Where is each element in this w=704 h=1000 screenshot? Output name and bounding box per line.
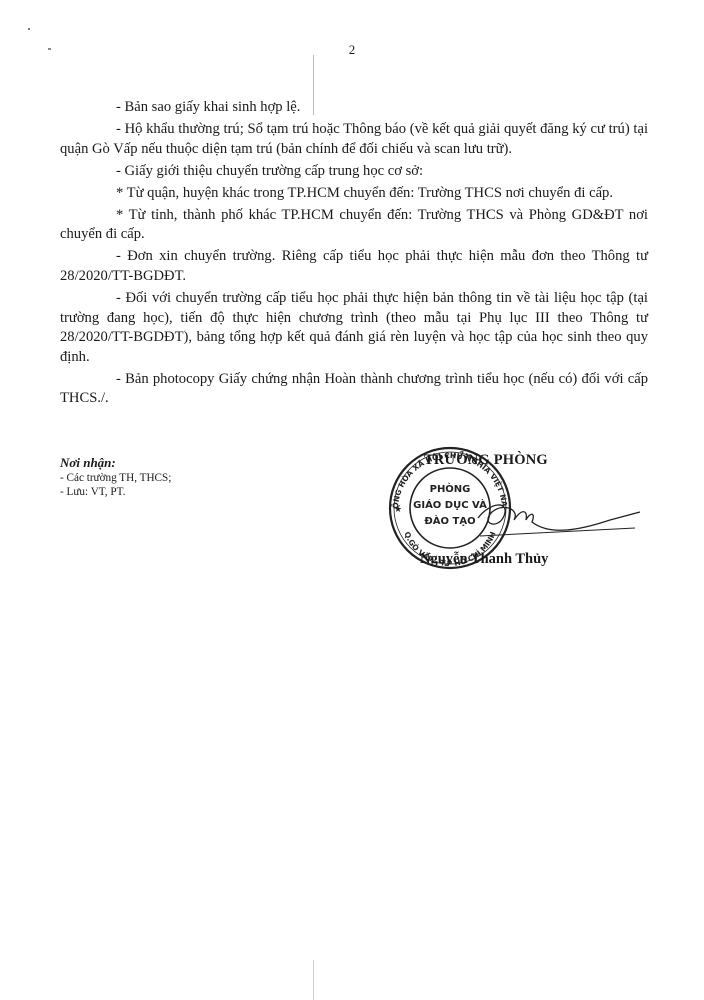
recipients-title: Nơi nhận:: [60, 455, 171, 471]
signatory-title: TRƯỞNG PHÒNG: [424, 452, 548, 469]
recipients-block: Nơi nhận: - Các trường TH, THCS; - Lưu: …: [60, 455, 171, 499]
paragraph: * Từ quận, huyện khác trong TP.HCM chuyể…: [60, 184, 648, 204]
paragraph: - Hộ khẩu thường trú; Sổ tạm trú hoặc Th…: [60, 120, 648, 159]
signature-block: CỘNG HÒA XÃ HỘI CHỦ NGHĨA VIỆT NAM Q.GÒ …: [380, 440, 660, 580]
signatory-name: Nguyễn Thanh Thủy: [420, 551, 548, 568]
paragraph: - Bản sao giấy khai sinh hợp lệ.: [60, 98, 648, 118]
paragraph: - Giấy giới thiệu chuyển trường cấp trun…: [60, 162, 648, 182]
fold-line: [313, 960, 314, 1000]
paragraph: - Đối với chuyển trường cấp tiểu học phả…: [60, 289, 648, 367]
paragraph: - Bản photocopy Giấy chứng nhận Hoàn thà…: [60, 370, 648, 409]
paragraph: * Từ tỉnh, thành phố khác TP.HCM chuyển …: [60, 206, 648, 245]
page-number: 2: [0, 42, 704, 58]
recipient-item: - Lưu: VT, PT.: [60, 486, 171, 500]
document-body: - Bản sao giấy khai sinh hợp lệ. - Hộ kh…: [60, 98, 648, 411]
scan-speck: [28, 28, 30, 30]
paragraph: - Đơn xin chuyển trường. Riêng cấp tiểu …: [60, 247, 648, 286]
recipient-item: - Các trường TH, THCS;: [60, 472, 171, 486]
